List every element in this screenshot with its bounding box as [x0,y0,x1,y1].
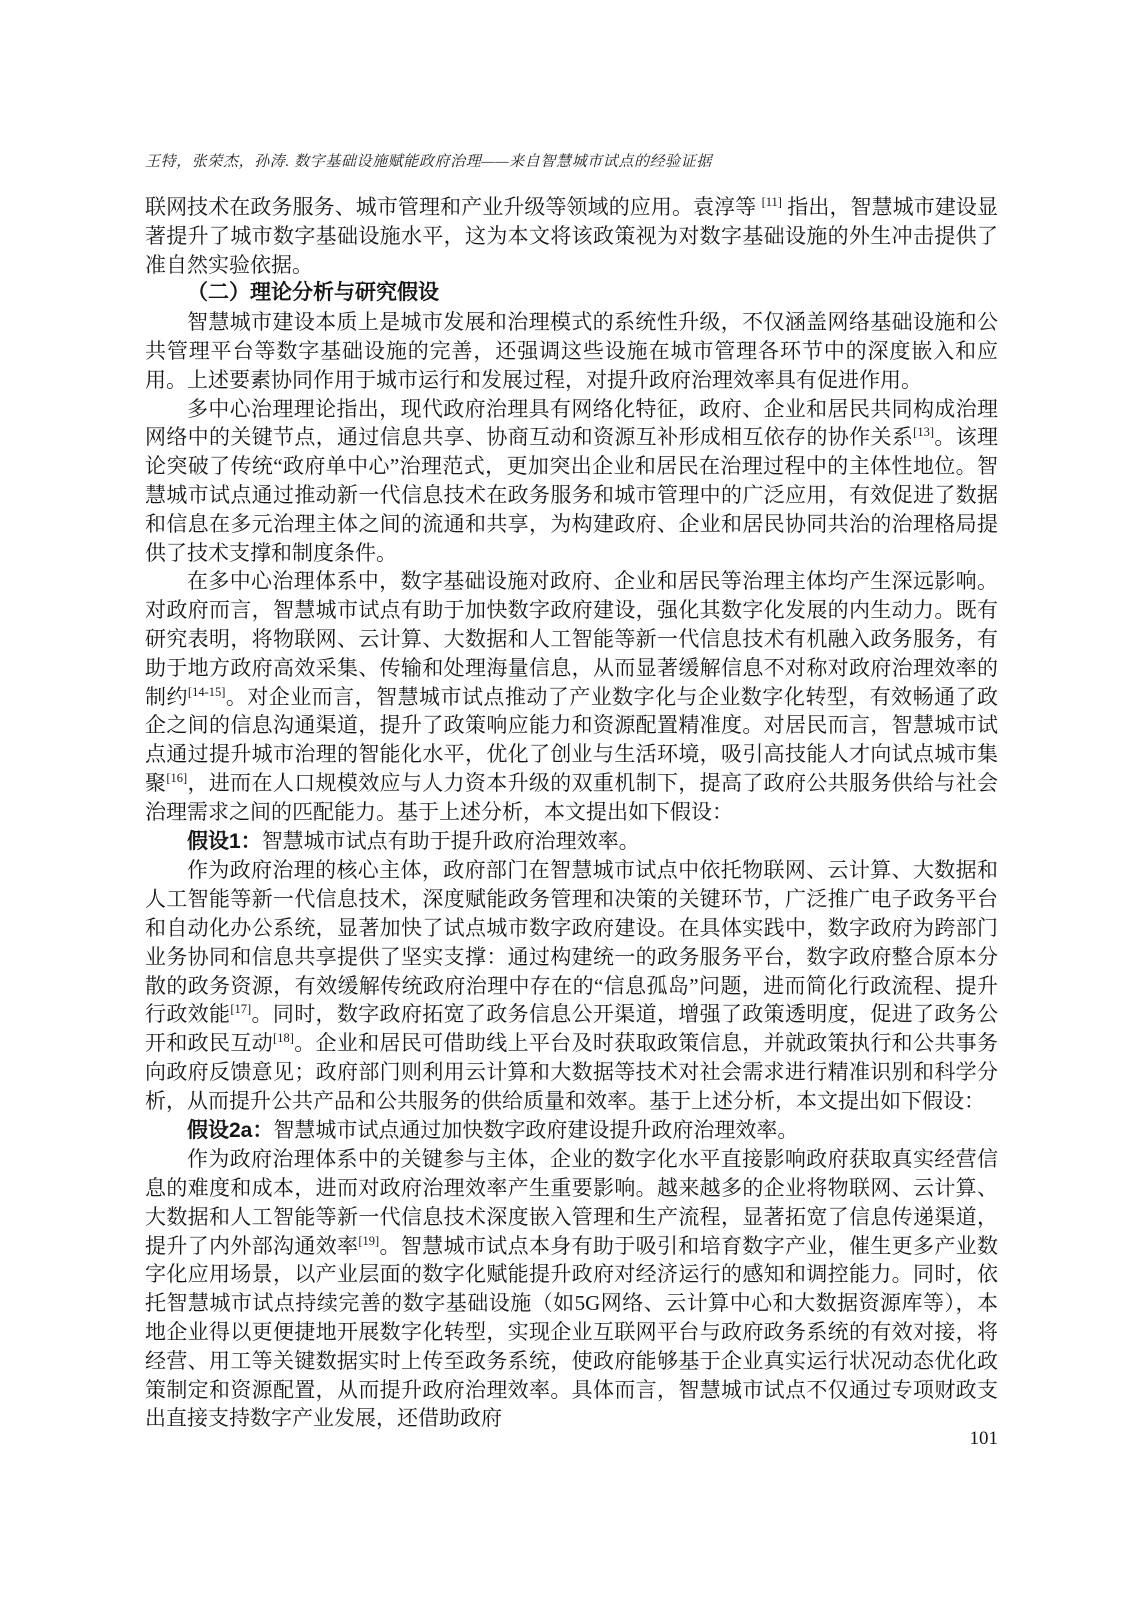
page-number: 101 [970,1428,999,1450]
text-run: 智慧城市试点有助于提升政府治理效率。 [262,829,640,853]
body-paragraph: 在多中心治理体系中，数字基础设施对政府、企业和居民等治理主体均产生深远影响。对政… [145,567,998,826]
body-paragraph: 多中心治理理论指出，现代政府治理具有网络化特征，政府、企业和居民共同构成治理网络… [145,395,998,568]
text-run: 联网技术在政务服务、城市管理和产业升级等领域的应用。袁淳等 [145,195,762,219]
hypothesis-label: 假设1： [187,830,262,853]
text-run: ，进而在人口规模效应与人力资本升级的双重机制下，提高了政府公共服务供给与社会治理… [145,771,998,824]
text-run: 多中心治理理论指出，现代政府治理具有网络化特征，政府、企业和居民共同构成治理网络… [145,397,998,450]
text-run: 智慧城市建设本质上是城市发展和治理模式的系统性升级，不仅涵盖网络基础设施和公共管… [145,310,998,392]
page-content: 王特，张荣杰，孙涛. 数字基础设施赋能政府治理——来自智慧城市试点的经验证据 联… [145,150,998,1433]
citation-ref: [17] [230,1002,251,1016]
citation-ref: [14-15] [188,685,226,699]
citation-ref: [19] [358,1234,379,1248]
body-paragraph: 智慧城市建设本质上是城市发展和治理模式的系统性升级，不仅涵盖网络基础设施和公共管… [145,308,998,394]
text-run: 智慧城市试点通过加快数字政府建设提升政府治理效率。 [273,1118,798,1142]
section-heading: （二）理论分析与研究假设 [145,279,998,308]
page-body: 联网技术在政务服务、城市管理和产业升级等领域的应用。袁淳等 [11] 指出，智慧… [145,193,998,1433]
body-paragraph: 作为政府治理体系中的关键参与主体，企业的数字化水平直接影响政府获取真实经营信息的… [145,1145,998,1433]
citation-ref: [18] [273,1031,294,1045]
text-run: （二）理论分析与研究假设 [187,281,439,304]
hypothesis-label: 假设2a： [187,1119,273,1142]
body-paragraph: 联网技术在政务服务、城市管理和产业升级等领域的应用。袁淳等 [11] 指出，智慧… [145,193,998,279]
hypothesis-line: 假设1：智慧城市试点有助于提升政府治理效率。 [145,827,998,857]
hypothesis-line: 假设2a：智慧城市试点通过加快数字政府建设提升政府治理效率。 [145,1116,998,1146]
citation-ref: [16] [166,771,187,785]
citation-ref: [13] [913,425,934,439]
running-header: 王特，张荣杰，孙涛. 数字基础设施赋能政府治理——来自智慧城市试点的经验证据 [145,150,998,171]
text-run: 。智慧城市试点本身有助于吸引和培育数字产业，催生更多产业数字化应用场景，以产业层… [145,1234,998,1431]
body-paragraph: 作为政府治理的核心主体，政府部门在智慧城市试点中依托物联网、云计算、大数据和人工… [145,856,998,1115]
citation-ref: [11] [762,195,782,209]
paper-page: 王特，张荣杰，孙涛. 数字基础设施赋能政府治理——来自智慧城市试点的经验证据 联… [0,0,1140,1600]
